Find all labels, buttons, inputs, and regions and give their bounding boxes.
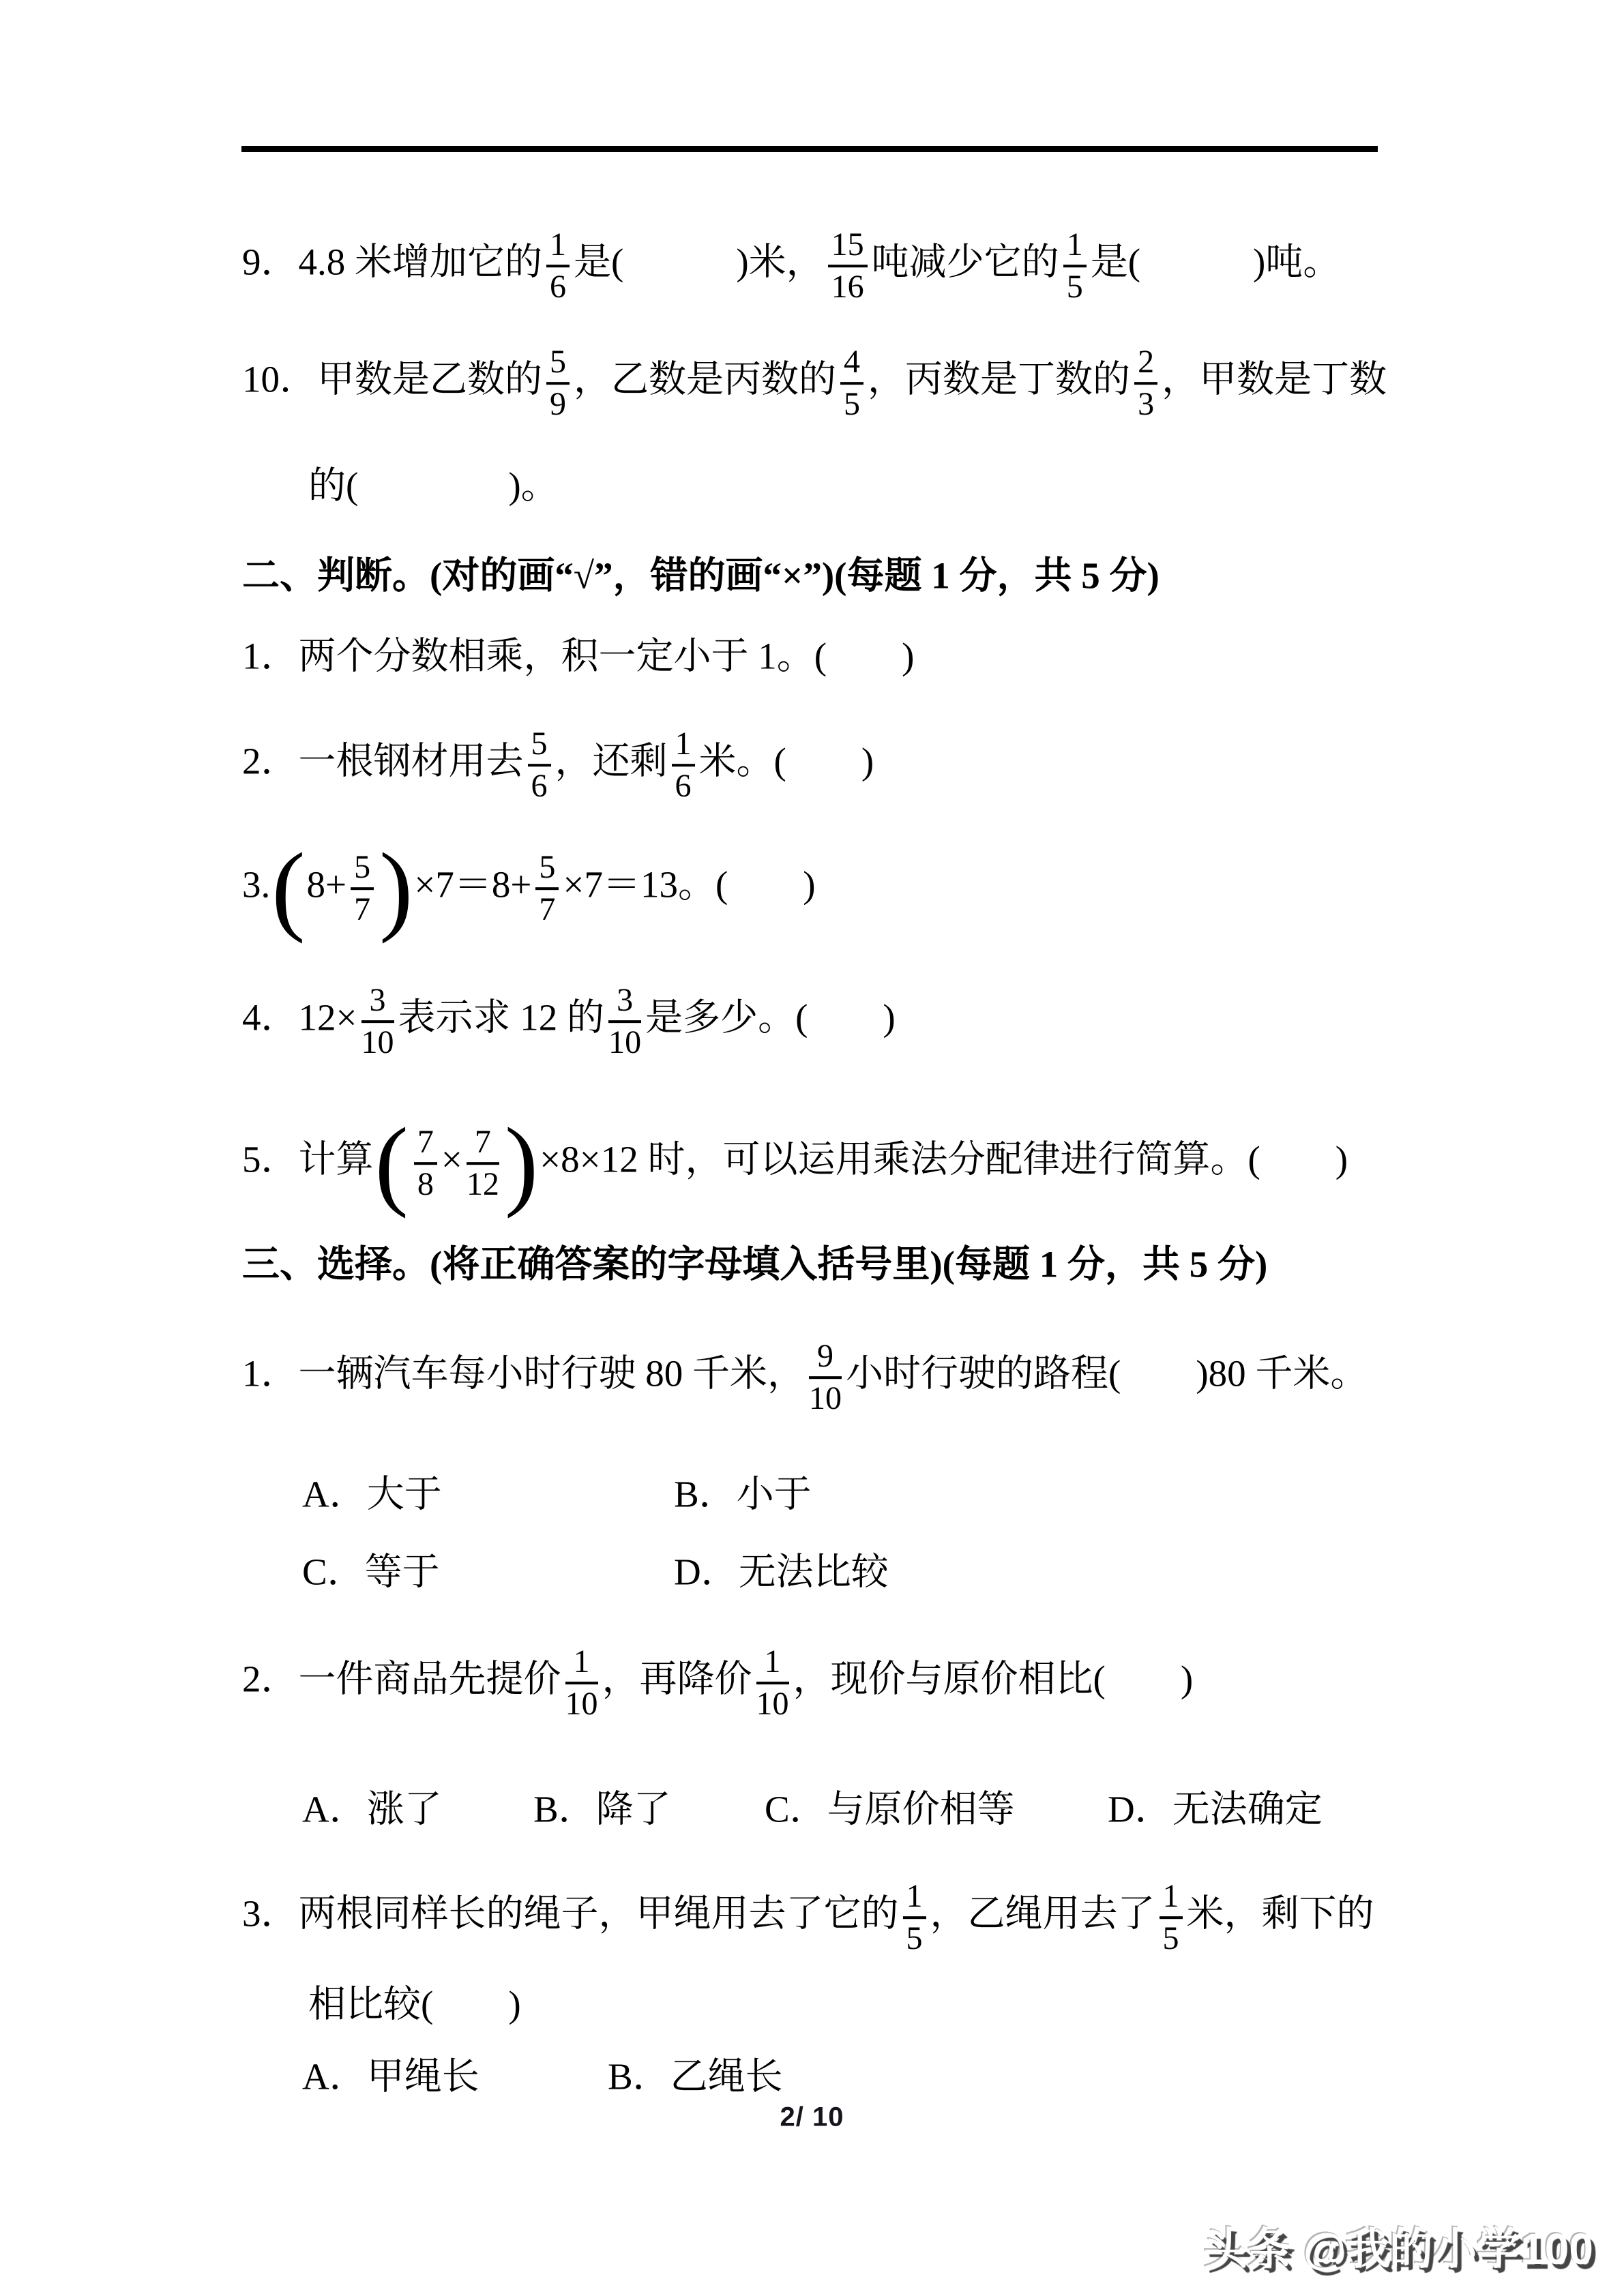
fraction: 15 (903, 1879, 926, 1956)
question-text: 相比较( ) (308, 1984, 521, 2025)
numerator: 1 (1063, 227, 1087, 267)
option-c: C．与原价相等 (765, 1779, 1015, 1833)
fraction: 110 (565, 1644, 598, 1722)
numerator: 3 (361, 983, 394, 1023)
formula-text: ×7＝8+ (414, 864, 531, 906)
fraction: 310 (608, 983, 641, 1060)
judge-question-4: 4．12×310表示求 12 的310是多少。( ) (242, 983, 896, 1060)
option-b: B．乙绳长 (608, 2046, 783, 2100)
page-number: 2/ 10 (0, 2102, 1624, 2133)
denominator: 8 (414, 1165, 437, 1202)
numerator: 7 (467, 1124, 499, 1165)
numerator: 15 (828, 227, 868, 267)
question-text: 表示求 12 的 (398, 997, 605, 1039)
choice-question-3-continued: 相比较( ) (308, 1982, 521, 2029)
question-text: ，现价与原价相比( ) (793, 1658, 1194, 1700)
judge-question-2: 2．一根钢材用去56，还剩16米。( ) (242, 726, 874, 804)
question-text: 是( )米， (574, 241, 824, 283)
numerator: 5 (351, 850, 374, 890)
question-text: 是( )吨。 (1091, 241, 1341, 283)
question-text: 一辆汽车每小时行驶 80 千米， (299, 1353, 806, 1395)
denominator: 12 (467, 1165, 499, 1202)
fraction: 59 (546, 344, 570, 422)
fraction: 310 (361, 983, 394, 1060)
question-text: ，乙数是丙数的 (574, 359, 836, 400)
fill-question-9: 9．4.8 米增加它的16是( )米，1516吨减少它的15是( )吨。 (242, 227, 1340, 305)
denominator: 10 (809, 1379, 842, 1416)
judge-question-3: 3.(8+57)×7＝8+57×7＝13。( ) (242, 850, 816, 927)
fraction: 1516 (828, 227, 868, 305)
numerator: 1 (565, 1644, 598, 1684)
numerator: 5 (528, 726, 551, 766)
question-text: 米，剩下的 (1187, 1893, 1374, 1935)
question-text: 吨减少它的 (872, 241, 1059, 283)
denominator: 5 (1160, 1919, 1183, 1956)
choice-question-3: 3．两根同样长的绳子，甲绳用去了它的15，乙绳用去了15米，剩下的 (242, 1879, 1374, 1956)
numerator: 5 (546, 344, 570, 385)
fraction: 15 (1160, 1879, 1183, 1956)
numerator: 7 (414, 1124, 437, 1165)
denominator: 6 (546, 267, 570, 305)
denominator: 3 (1134, 385, 1157, 422)
option-b: B．降了 (533, 1779, 671, 1833)
question-text: 甲数是乙数的 (317, 359, 542, 400)
choice-question-1: 1．一辆汽车每小时行驶 80 千米，910小时行驶的路程( )80 千米。 (242, 1339, 1368, 1416)
numerator: 9 (809, 1339, 842, 1379)
formula-text: × (441, 1139, 462, 1180)
denominator: 10 (565, 1684, 598, 1722)
fill-question-10-continued: 的( )。 (308, 463, 559, 510)
numerator: 2 (1134, 344, 1157, 385)
question-text: 米。( ) (699, 741, 874, 782)
formula-text: 8+ (307, 864, 347, 906)
denominator: 16 (828, 267, 868, 305)
question-text: 12× (299, 997, 357, 1039)
denominator: 7 (535, 890, 559, 927)
question-number: 10． (242, 359, 317, 400)
section-judge-title: 二、判断。(对的画“√”，错的画“×”)(每题 1 分，共 5 分) (242, 553, 1160, 600)
question-text: 的( )。 (308, 465, 559, 507)
question-text: ，甲数是丁数 (1162, 359, 1387, 400)
question-text: 1．两个分数相乘，积一定小于 1。( ) (242, 636, 914, 677)
denominator: 5 (903, 1919, 926, 1956)
numerator: 5 (535, 850, 559, 890)
option-a: A．涨了 (302, 1779, 442, 1833)
question-number: 4． (242, 997, 299, 1039)
question-number: 3. (242, 864, 270, 906)
option-b: B．小于 (674, 1464, 812, 1518)
choice-question-2: 2．一件商品先提价110，再降价110，现价与原价相比( ) (242, 1644, 1193, 1722)
numerator: 1 (1160, 1879, 1183, 1919)
watermark: 头条 @我的小学100 (1204, 2214, 1593, 2277)
denominator: 6 (672, 766, 695, 804)
question-number: 5． (242, 1139, 299, 1180)
option-a: A．大于 (302, 1464, 442, 1518)
fraction: 23 (1134, 344, 1157, 422)
numerator: 1 (756, 1644, 789, 1684)
question-text: ，再降价 (602, 1658, 752, 1700)
denominator: 9 (546, 385, 570, 422)
denominator: 10 (756, 1684, 789, 1722)
option-c: C．等于 (302, 1542, 440, 1596)
numerator: 4 (840, 344, 863, 385)
question-text: 4.8 米增加它的 (299, 241, 543, 283)
section-choice-title: 三、选择。(将正确答案的字母填入括号里)(每题 1 分，共 5 分) (242, 1242, 1267, 1289)
option-a: A．甲绳长 (302, 2046, 479, 2100)
section-title-text: 二、判断。(对的画“√”，错的画“×”)(每题 1 分，共 5 分) (242, 555, 1160, 597)
fraction: 110 (756, 1644, 789, 1722)
judge-question-1: 1．两个分数相乘，积一定小于 1。( ) (242, 633, 914, 681)
question-text: 一根钢材用去 (299, 741, 524, 782)
option-d: D．无法比较 (674, 1542, 889, 1596)
fraction: 16 (546, 227, 570, 305)
fraction: 16 (672, 726, 695, 804)
question-text: 计算 (299, 1139, 374, 1180)
section-title-text: 三、选择。(将正确答案的字母填入括号里)(每题 1 分，共 5 分) (242, 1244, 1267, 1285)
top-rule (241, 146, 1378, 152)
question-text: 小时行驶的路程( )80 千米。 (846, 1353, 1368, 1395)
question-text: ，丙数是丁数的 (868, 359, 1130, 400)
judge-question-5: 5．计算(78×712)×8×12 时，可以运用乘法分配律进行简算。( ) (242, 1124, 1348, 1202)
denominator: 10 (361, 1023, 394, 1060)
fraction: 57 (535, 850, 559, 927)
denominator: 10 (608, 1023, 641, 1060)
fraction: 910 (809, 1339, 842, 1416)
denominator: 7 (351, 890, 374, 927)
denominator: 5 (840, 385, 863, 422)
question-text: 一件商品先提价 (299, 1658, 561, 1700)
fill-question-10: 10．甲数是乙数的59，乙数是丙数的45，丙数是丁数的23，甲数是丁数 (242, 344, 1387, 422)
question-text: 两根同样长的绳子，甲绳用去了它的 (299, 1893, 899, 1935)
fraction: 57 (351, 850, 374, 927)
denominator: 6 (528, 766, 551, 804)
question-text: ×8×12 时，可以运用乘法分配律进行简算。( ) (540, 1139, 1348, 1180)
fraction: 45 (840, 344, 863, 422)
question-number: 2． (242, 1658, 299, 1700)
question-number: 9． (242, 241, 299, 283)
formula-text: ×7＝13。( ) (563, 864, 815, 906)
fraction: 15 (1063, 227, 1087, 305)
question-number: 3． (242, 1893, 299, 1935)
numerator: 1 (903, 1879, 926, 1919)
question-number: 2． (242, 741, 299, 782)
question-number: 1． (242, 1353, 299, 1395)
numerator: 3 (608, 983, 641, 1023)
test-paper-page: 9．4.8 米增加它的16是( )米，1516吨减少它的15是( )吨。 10．… (0, 0, 1624, 2296)
fraction: 712 (467, 1124, 499, 1202)
fraction: 78 (414, 1124, 437, 1202)
fraction: 56 (528, 726, 551, 804)
question-text: 是多少。( ) (645, 997, 896, 1039)
question-text: ，还剩 (555, 741, 668, 782)
numerator: 1 (546, 227, 570, 267)
denominator: 5 (1063, 267, 1087, 305)
numerator: 1 (672, 726, 695, 766)
question-text: ，乙绳用去了 (930, 1893, 1155, 1935)
option-d: D．无法确定 (1108, 1779, 1323, 1833)
